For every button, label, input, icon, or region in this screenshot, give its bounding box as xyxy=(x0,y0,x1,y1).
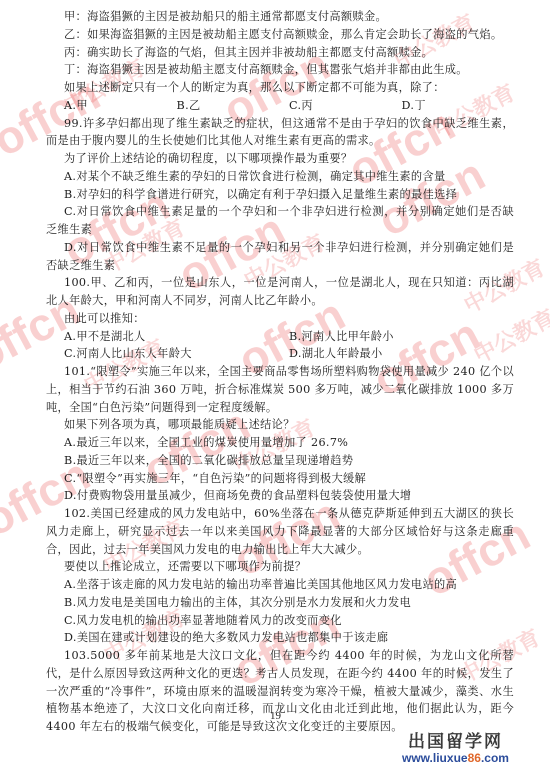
statement-jia: 甲：海盗猖獗的主因是被劫船只的船主通常都愿支付高额赎金。 xyxy=(46,8,514,26)
statement-yi: 乙：如果海盗猖獗的主因是被劫船主愿支付高额赎金，那么肯定会助长了海盗的气焰。 xyxy=(46,26,514,44)
option-a: A.最近三年以来，全国工业的煤炭使用量增加了 26.7% xyxy=(46,434,514,452)
option-a: A.坐落于该走廊的风力发电站的输出功率普遍比美国其他地区风力发电站的高 xyxy=(46,576,514,594)
question-101-prompt: 如果下列各项为真，哪项最能质疑上述结论？ xyxy=(46,416,514,434)
statement-ding: 丁：海盗猖獗主因是被劫船主愿支付高额赎金，但其嚣张气焰并非都由此生成。 xyxy=(46,61,514,79)
question-103-stem: 103.5000 多年前某地是大汶口文化，但在距今约 4400 年的时候，为龙山… xyxy=(46,647,514,736)
option-c: C.“限塑令”再实施三年，“自色污染”的问题将得到极大缓解 xyxy=(46,470,514,488)
option-b: B.对孕妇的科学食谱进行研究，以确定有利于孕妇摄入足量维生素的最佳选择 xyxy=(46,186,514,204)
url-highlight: 86 xyxy=(468,751,481,765)
option-d: D.丁 xyxy=(402,97,515,115)
option-d: D.美国在建或计划建设的绝大多数风力发电站也都集中于该走廊 xyxy=(46,629,514,647)
option-d: D.对日常饮食中维生素不足量的一个孕妇和另一个非孕妇进行检测，并分别确定她们是否… xyxy=(46,239,514,275)
question-prompt: 如果上述断定只有一个人的断定为真，那么以下断定都不可能为真，除了： xyxy=(46,79,514,97)
option-b: B.乙 xyxy=(177,97,290,115)
option-a: A.甲不是湖北人 xyxy=(64,328,289,346)
url-prefix: www.liuxue xyxy=(402,751,468,765)
question-99-prompt: 为了评价上述结论的确切程度，以下哪项操作最为重要？ xyxy=(46,150,514,168)
question-100-prompt: 由此可以推知： xyxy=(46,310,514,328)
logo-url: www.liuxue86.com xyxy=(402,751,509,765)
option-a: A.甲 xyxy=(64,97,177,115)
option-c: C.风力发电机的输出功率显著地随着风力的改变而变化 xyxy=(46,612,514,630)
answer-options: A.甲不是湖北人 B.河南人比甲年龄小 C.河南人比山东人年龄大 D.湖北人年龄… xyxy=(46,328,514,364)
question-99-stem: 99.许多孕妇都出现了维生素缺乏的症状，但这通常不是由于孕妇的饮食中缺乏维生素，… xyxy=(46,115,514,151)
option-c: C.河南人比山东人年龄大 xyxy=(64,345,289,363)
statement-bing: 丙：确实助长了海盗的气焰，但其主因并非被劫船主都愿支付高额赎金。 xyxy=(46,44,514,62)
footer-logo: 出国留学网 www.liuxue86.com xyxy=(402,733,509,765)
option-d: D.付费购物袋用量虽减少，但商场免费的食品塑料包装袋使用量大增 xyxy=(46,487,514,505)
question-101-stem: 101.“限塑令”实施三年以来，全国主要商品零售场所塑料购物袋使用量减少 240… xyxy=(46,363,514,416)
logo-name: 出国留学网 xyxy=(402,733,509,751)
option-b: B.河南人比甲年龄小 xyxy=(289,328,514,346)
url-suffix: .com xyxy=(481,751,509,765)
question-100-stem: 100.甲、乙和丙，一位是山东人，一位是河南人，一位是湖北人，现在只知道：丙比湖… xyxy=(46,274,514,310)
document-page: 甲：海盗猖獗的主因是被劫船只的船主通常都愿支付高额赎金。 乙：如果海盗猖獗的主因… xyxy=(46,8,514,736)
page-number: 19 xyxy=(270,710,281,722)
question-102-stem: 102.美国已经建成的风力发电站中，60%坐落在一条从德克萨斯延伸到五大湖区的狭… xyxy=(46,505,514,558)
option-b: B.最近三年以来，全国的二氧化碳排放总量呈现递增趋势 xyxy=(46,452,514,470)
option-b: B.风力发电是美国电力输出的主体，其次分别是水力发展和火力发电 xyxy=(46,594,514,612)
question-102-prompt: 要使以上推论成立，还需要以下哪项作为前提？ xyxy=(46,558,514,576)
option-a: A.对某个不缺乏维生素的孕妇的日常饮食进行检测，确定其中维生素的含量 xyxy=(46,168,514,186)
option-c: C.丙 xyxy=(289,97,402,115)
answer-options: A.甲 B.乙 C.丙 D.丁 xyxy=(46,97,514,115)
option-d: D.湖北人年龄最小 xyxy=(289,345,514,363)
option-c: C.对日常饮食中维生素足量的一个孕妇和一个非孕妇进行检测，并分别确定她们是否缺乏… xyxy=(46,203,514,239)
